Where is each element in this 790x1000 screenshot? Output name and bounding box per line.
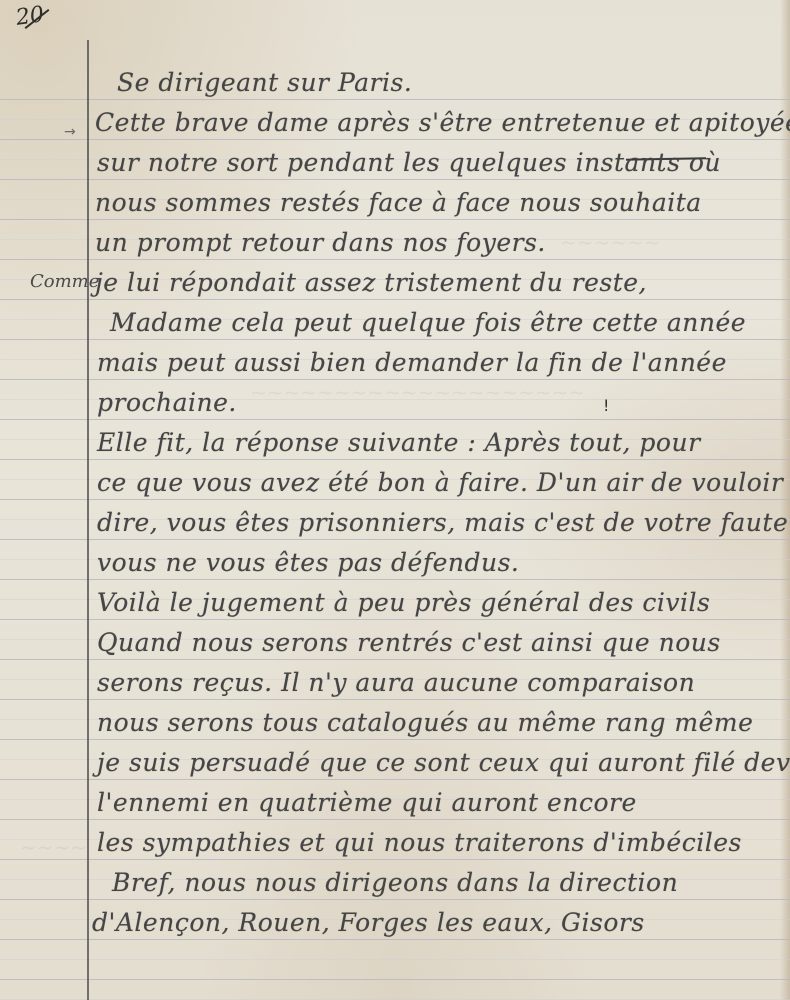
text-line: mais peut aussi bien demander la fin de … — [97, 348, 727, 377]
text-line: Bref, nous nous dirigeons dans la direct… — [112, 868, 678, 897]
bleed-through-text: ~~~~~~~~~~~~~~~~~~~~ — [250, 380, 585, 404]
text-line: Cette brave dame après s'être entretenue… — [95, 108, 790, 137]
text-line: Madame cela peut quelque fois être cette… — [110, 308, 746, 337]
text-line: serons reçus. Il n'y aura aucune compara… — [97, 668, 695, 697]
ruled-line — [0, 859, 790, 860]
notebook-page: 20 → ! ~~~~~~ ~~~~~~~~~~~~~~~~~~~~ ~~~~ … — [0, 0, 790, 1000]
ruled-line — [0, 579, 790, 580]
ruled-line — [0, 139, 790, 140]
bleed-through-text: ~~~~ — [20, 835, 87, 859]
ruled-line — [0, 499, 790, 500]
text-line: Voilà le jugement à peu près général des… — [97, 588, 710, 617]
ruled-line — [0, 899, 790, 900]
text-line: ce que vous avez été bon à faire. D'un a… — [97, 468, 783, 497]
ruled-line — [0, 619, 790, 620]
ruled-line — [0, 259, 790, 260]
ruled-line — [0, 979, 790, 980]
ruled-line — [0, 179, 790, 180]
margin-note: Comme — [30, 271, 99, 292]
text-line: l'ennemi en quatrième qui auront encore — [97, 788, 637, 817]
text-line: prochaine. — [97, 388, 237, 417]
text-line: dire, vous êtes prisonniers, mais c'est … — [97, 508, 788, 537]
ruled-line — [0, 659, 790, 660]
ruled-line — [0, 419, 790, 420]
ruled-line — [0, 299, 790, 300]
exclamation-mark: ! — [603, 396, 609, 415]
ruled-line — [0, 819, 790, 820]
page-edge-shadow — [780, 0, 790, 1000]
ruled-line — [0, 539, 790, 540]
text-line: nous sommes restés face à face nous souh… — [95, 188, 702, 217]
text-line: je lui répondait assez tristement du res… — [95, 268, 647, 297]
ruled-line — [0, 99, 790, 100]
ruled-line — [0, 699, 790, 700]
text-line: Quand nous serons rentrés c'est ainsi qu… — [97, 628, 721, 657]
text-line: Se dirigeant sur Paris. — [117, 68, 412, 97]
ruled-line — [0, 739, 790, 740]
ruled-line — [0, 219, 790, 220]
text-line: d'Alençon, Rouen, Forges les eaux, Gisor… — [92, 908, 645, 937]
ruled-line — [0, 459, 790, 460]
ruled-line-minor — [0, 959, 790, 960]
ruled-line — [0, 779, 790, 780]
text-line: les sympathies et qui nous traiterons d'… — [97, 828, 742, 857]
bleed-through-text: ~~~~~~ — [560, 230, 661, 254]
text-line: un prompt retour dans nos foyers. — [95, 228, 546, 257]
text-line: vous ne vous êtes pas défendus. — [97, 548, 519, 577]
text-line: nous serons tous catalogués au même rang… — [97, 708, 753, 737]
margin-rule — [87, 40, 89, 1000]
arrow-mark-icon: → — [64, 124, 76, 140]
ruled-line — [0, 939, 790, 940]
ruled-line — [0, 339, 790, 340]
text-line: sur notre sort pendant les quelques inst… — [97, 148, 721, 177]
text-line: je suis persuadé que ce sont ceux qui au… — [97, 748, 790, 777]
text-line: Elle fit, la réponse suivante : Après to… — [97, 428, 701, 457]
